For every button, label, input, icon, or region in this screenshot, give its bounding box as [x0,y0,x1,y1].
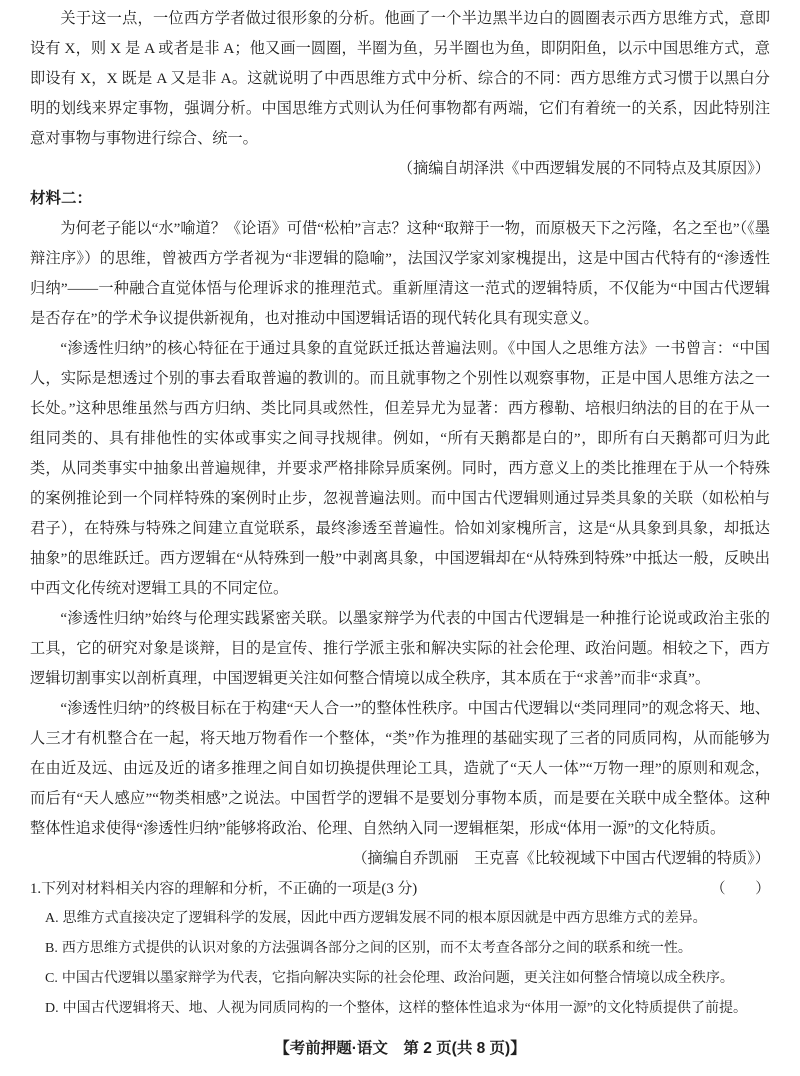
option-c-label: C. [45,971,58,986]
option-a-label: A. [45,911,59,926]
exam-page: 关于这一点，一位西方学者做过很形象的分析。他画了一个半边黑半边白的圆圈表示西方思… [0,0,800,1076]
material-two-paragraph-1: 为何老子能以“水”喻道？《论语》可借“松柏”言志？这种“取辩于一物，而原极天下之… [30,214,770,334]
option-b-text: 西方思维方式提供的认识对象的方法强调各部分之间的区别，而不太考查各部分之间的联系… [62,941,692,956]
question-1-answer-brackets: （ ） [711,874,770,904]
option-d-text: 中国古代逻辑将天、地、人视为同质同构的一个整体，这样的整体性追求为“体用一源”的… [63,1001,747,1016]
question-1-stem: 1.下列对材料相关内容的理解和分析，不正确的一项是(3 分) [30,874,417,904]
question-1-option-c: C.中国古代逻辑以墨家辩学为代表，它指向解决实际的社会伦理、政治问题，更关注如何… [30,964,770,994]
attribution-material-one: （摘编自胡泽洪《中西逻辑发展的不同特点及其原因》） [30,154,770,184]
intro-paragraph: 关于这一点，一位西方学者做过很形象的分析。他画了一个半边黑半边白的圆圈表示西方思… [30,4,770,154]
option-b-label: B. [45,941,58,956]
option-c-text: 中国古代逻辑以墨家辩学为代表，它指向解决实际的社会伦理、政治问题，更关注如何整合… [62,971,734,986]
question-1-option-b: B.西方思维方式提供的认识对象的方法强调各部分之间的区别，而不太考查各部分之间的… [30,934,770,964]
option-d-label: D. [45,1001,59,1016]
material-two-paragraph-4: “渗透性归纳”的终极目标在于构建“天人合一”的整体性秩序。中国古代逻辑以“类同理… [30,694,770,844]
material-two-paragraph-3: “渗透性归纳”始终与伦理实践紧密关联。以墨家辩学为代表的中国古代逻辑是一种推行论… [30,604,770,694]
attribution-material-two: （摘编自乔凯丽 王克喜《比较视域下中国古代逻辑的特质》） [30,844,770,874]
question-1-option-a: A.思维方式直接决定了逻辑科学的发展，因此中西方逻辑发展不同的根本原因就是中西方… [30,904,770,934]
option-a-text: 思维方式直接决定了逻辑科学的发展，因此中西方逻辑发展不同的根本原因就是中西方思维… [63,911,707,926]
page-footer: 【考前押题·语文 第 2 页(共 8 页)】 [30,1034,770,1064]
material-two-paragraph-2: “渗透性归纳”的核心特征在于通过具象的直觉跃迁抵达普遍法则。《中国人之思维方法》… [30,334,770,604]
question-1-option-d: D.中国古代逻辑将天、地、人视为同质同构的一个整体，这样的整体性追求为“体用一源… [30,994,770,1024]
question-1-stem-row: 1.下列对材料相关内容的理解和分析，不正确的一项是(3 分) （ ） [30,874,770,904]
material-two-heading: 材料二： [30,184,770,214]
question-1: 1.下列对材料相关内容的理解和分析，不正确的一项是(3 分) （ ） A.思维方… [30,874,770,1024]
